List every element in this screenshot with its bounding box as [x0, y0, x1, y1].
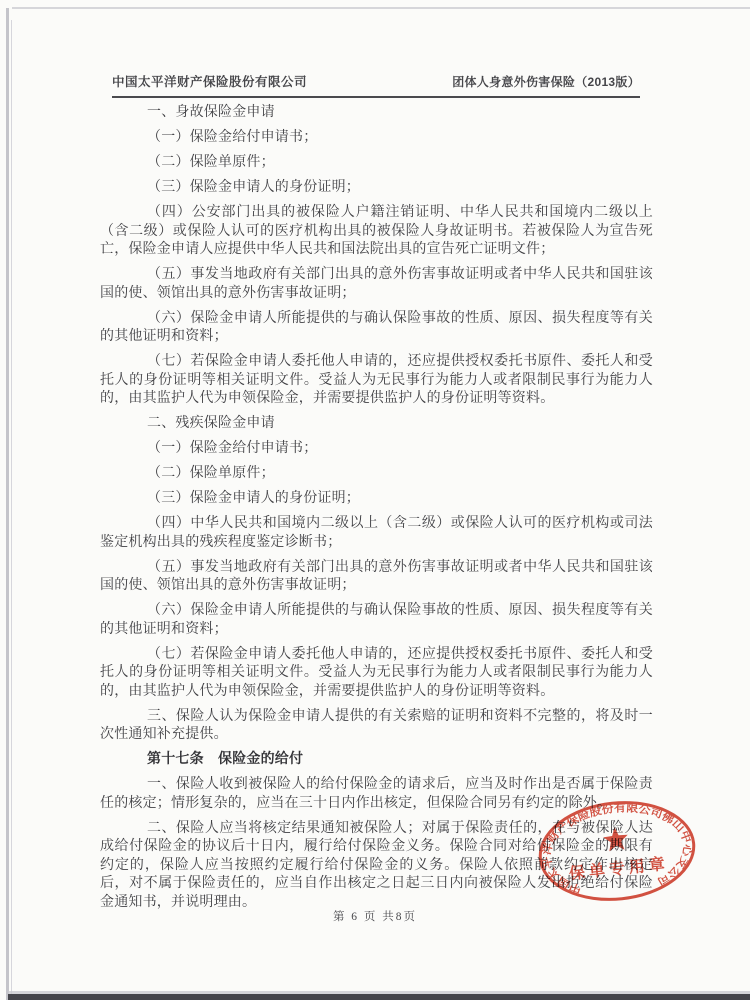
- paragraph: 三、保险人认为保险金申请人提供的有关索赔的证明和资料不完整的，将及时一次性通知补…: [100, 708, 653, 745]
- paragraph: （一）保险金给付申请书；: [100, 440, 653, 459]
- paragraph: 二、残疾保险金申请: [100, 415, 653, 434]
- scan-edge-left-secondary: [11, 20, 12, 1000]
- paragraph: （四）公安部门出具的被保险人户籍注销证明、中华人民共和国境内二级以上（含二级）或…: [100, 204, 653, 260]
- paragraph: （五）事发当地政府有关部门出具的意外伤害事故证明或者中华人民共和国驻该国的使、领…: [100, 559, 653, 596]
- paragraph: （一）保险金给付申请书；: [100, 129, 653, 148]
- paragraph: 一、保险人收到被保险人的给付保险金的请求后，应当及时作出是否属于保险责任的核定；…: [100, 776, 653, 813]
- product-name: 团体人身意外伤害保险（2013版）: [452, 73, 640, 90]
- document-body: 一、身故保险金申请（一）保险金给付申请书；（二）保险单原件；（三）保险金申请人的…: [100, 104, 653, 919]
- paragraph: 二、保险人应当将核定结果通知被保险人；对属于保险责任的，在与被保险人达成给付保险…: [100, 820, 653, 913]
- scanned-page: 中国太平洋财产保险股份有限公司 团体人身意外伤害保险（2013版） 一、身故保险…: [0, 0, 750, 1000]
- paragraph: （六）保险金申请人所能提供的与确认保险事故的性质、原因、损失程度等有关的其他证明…: [100, 310, 653, 347]
- scan-edge-top: [12, 7, 750, 9]
- paragraph: （七）若保险金申请人委托他人申请的，还应提供授权委托书原件、委托人和受托人的身份…: [100, 646, 653, 702]
- paragraph: （六）保险金申请人所能提供的与确认保险事故的性质、原因、损失程度等有关的其他证明…: [100, 602, 653, 639]
- section-heading: 第十七条 保险金的给付: [100, 751, 653, 770]
- company-name: 中国太平洋财产保险股份有限公司: [112, 72, 307, 90]
- paragraph: （二）保险单原件；: [100, 154, 653, 173]
- paragraph: （七）若保险金申请人委托他人申请的，还应提供授权委托书原件、委托人和受托人的身份…: [100, 353, 653, 409]
- paragraph: （五）事发当地政府有关部门出具的意外伤害事故证明或者中华人民共和国驻该国的使、领…: [100, 266, 653, 303]
- paragraph: （三）保险金申请人的身份证明；: [100, 490, 653, 509]
- page-footer: 第 6 页 共8页: [0, 908, 750, 924]
- page-number: 第 6 页 共8页: [333, 911, 417, 923]
- paragraph: （四）中华人民共和国境内二级以上（含二级）或保险人认可的医疗机构或司法鉴定机构出…: [100, 515, 653, 552]
- scan-edge-left: [6, 8, 9, 1000]
- paragraph: （三）保险金申请人的身份证明；: [100, 179, 653, 198]
- page-header: 中国太平洋财产保险股份有限公司 团体人身意外伤害保险（2013版）: [112, 72, 640, 98]
- paragraph: （二）保险单原件；: [100, 465, 653, 484]
- paragraph: 一、身故保险金申请: [100, 104, 653, 123]
- scan-edge-bottom-dark: [8, 994, 750, 1000]
